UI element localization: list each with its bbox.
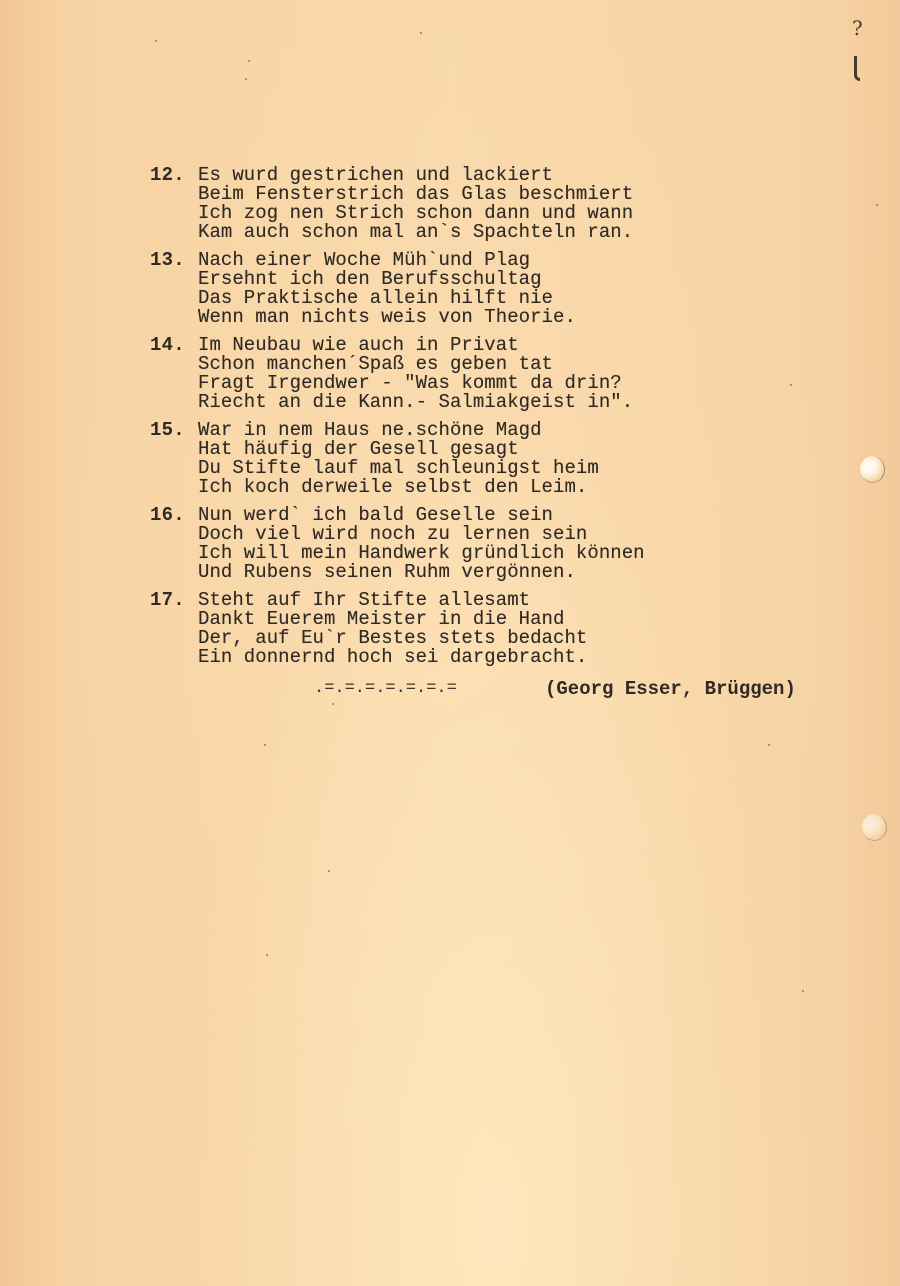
- speck: [155, 40, 157, 42]
- corner-mark-glyph: ?: [852, 18, 863, 38]
- author-attribution: (Georg Esser, Brüggen): [545, 677, 796, 701]
- speck: [248, 60, 250, 62]
- stanza-number: 14.: [150, 336, 185, 355]
- stanza-lines: Steht auf Ihr Stifte allesamt Dankt Euer…: [198, 591, 587, 667]
- verse-line: Wenn man nichts weis von Theorie.: [198, 308, 576, 327]
- divider-line: .=.=.=.=.=.=.=: [314, 677, 457, 701]
- speck: [245, 78, 247, 80]
- verse-line: Ich koch derweile selbst den Leim.: [198, 478, 599, 497]
- punch-hole-icon: [860, 456, 885, 483]
- stanza-number: 16.: [150, 506, 185, 525]
- punch-hole-icon: [862, 814, 887, 841]
- stanza-lines: Es wurd gestrichen und lackiert Beim Fen…: [198, 166, 633, 242]
- speck: [802, 990, 804, 992]
- stanza-number: 13.: [150, 251, 185, 270]
- speck: [876, 204, 878, 206]
- verse-line: Riecht an die Kann.- Salmiakgeist in".: [198, 393, 633, 412]
- speck: [790, 384, 792, 386]
- typewritten-page: ? 12. Es wurd gestrichen und lackiert Be…: [0, 0, 900, 1286]
- stanza-number: 17.: [150, 591, 185, 610]
- speck: [332, 703, 334, 705]
- corner-mark-stroke-icon: [854, 56, 860, 81]
- speck: [768, 744, 770, 746]
- stanza-number: 12.: [150, 166, 185, 185]
- speck: [266, 954, 268, 956]
- corner-pencil-mark: ?: [852, 18, 866, 80]
- stanza-lines: Nach einer Woche Müh`und Plag Ersehnt ic…: [198, 251, 576, 327]
- stanza-number: 15.: [150, 421, 185, 440]
- verse-line: Und Rubens seinen Ruhm vergönnen.: [198, 563, 645, 582]
- verse-line: Kam auch schon mal an`s Spachteln ran.: [198, 223, 633, 242]
- stanza-lines: Nun werd` ich bald Geselle sein Doch vie…: [198, 506, 645, 582]
- stanza-lines: Im Neubau wie auch in Privat Schon manch…: [198, 336, 633, 412]
- verse-line: Ein donnernd hoch sei dargebracht.: [198, 648, 587, 667]
- speck: [420, 32, 422, 34]
- stanza-lines: War in nem Haus ne.schöne Magd Hat häufi…: [198, 421, 599, 497]
- speck: [328, 870, 330, 872]
- speck: [264, 744, 266, 746]
- poem-footer: .=.=.=.=.=.=.= (Georg Esser, Brüggen): [0, 677, 900, 701]
